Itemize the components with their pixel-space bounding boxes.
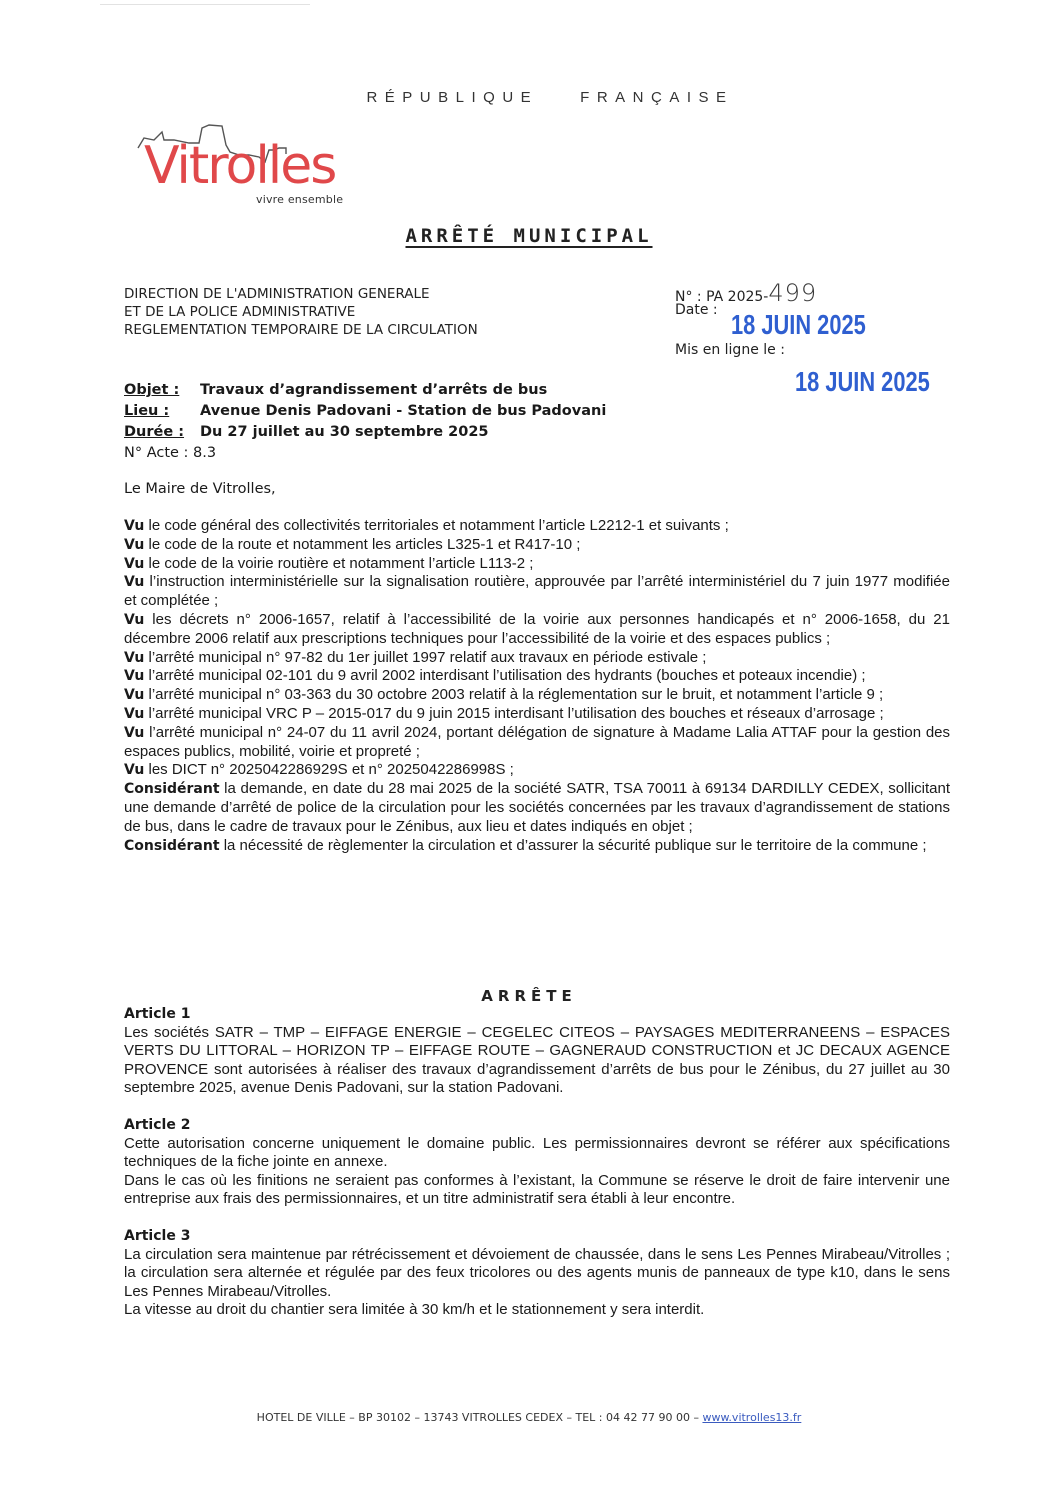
objet-label: Objet : bbox=[124, 380, 200, 401]
lieu-label: Lieu : bbox=[124, 401, 200, 422]
decision-heading: ARRÊTE bbox=[0, 987, 1058, 1005]
logo-wordmark: Vitrolles bbox=[144, 140, 335, 192]
scan-artifact-line bbox=[100, 4, 310, 5]
mayor-intro: Le Maire de Vitrolles, bbox=[124, 481, 276, 497]
online-date-label: Mis en ligne le : bbox=[675, 342, 785, 358]
date-stamp: 18 JUIN 2025 bbox=[731, 309, 866, 341]
visa-item: Vu le code de la voirie routière et nota… bbox=[124, 555, 950, 574]
visa-lead: Vu bbox=[124, 706, 144, 722]
objet-row: Objet :Travaux d’agrandissement d’arrêts… bbox=[124, 380, 606, 401]
visa-lead: Vu bbox=[124, 612, 144, 628]
footer-address: HOTEL DE VILLE – BP 30102 – 13743 VITROL… bbox=[0, 1411, 1058, 1424]
website-link[interactable]: www.vitrolles13.fr bbox=[702, 1411, 801, 1424]
visa-item: Vu le code général des collectivités ter… bbox=[124, 517, 950, 536]
logo-tagline: vivre ensemble bbox=[256, 193, 343, 206]
visa-item: Vu les DICT n° 2025042286929S et n° 2025… bbox=[124, 761, 950, 780]
visa-item: Vu l’arrêté municipal n° 24-07 du 11 avr… bbox=[124, 724, 950, 762]
visa-item: Vu l’arrêté municipal n° 97-82 du 1er ju… bbox=[124, 649, 950, 668]
republique-francaise-heading: RÉPUBLIQUEFRANÇAISE bbox=[0, 89, 1058, 106]
visa-item: Considérant la nécessité de règlementer … bbox=[124, 837, 950, 856]
date-label: Date : bbox=[675, 302, 718, 318]
article: Article 3La circulation sera maintenue p… bbox=[124, 1227, 950, 1320]
issuing-department: DIRECTION DE L'ADMINISTRATION GENERALE E… bbox=[124, 285, 478, 339]
visa-item: Considérant la demande, en date du 28 ma… bbox=[124, 780, 950, 836]
visa-item: Vu l’instruction interministérielle sur … bbox=[124, 573, 950, 611]
article-paragraph: Cette autorisation concerne uniquement l… bbox=[124, 1135, 950, 1172]
visa-lead: Vu bbox=[124, 650, 144, 666]
vitrolles-logo: Vitrolles vivre ensemble bbox=[134, 120, 374, 215]
articles-section: Article 1Les sociétés SATR – TMP – EIFFA… bbox=[124, 1005, 950, 1338]
department-line: ET DE LA POLICE ADMINISTRATIVE bbox=[124, 303, 478, 321]
article-paragraph: Les sociétés SATR – TMP – EIFFAGE ENERGI… bbox=[124, 1024, 950, 1098]
visa-lead: Considérant bbox=[124, 838, 220, 854]
visa-item: Vu le code de la route et notamment les … bbox=[124, 536, 950, 555]
duree-value: Du 27 juillet au 30 septembre 2025 bbox=[200, 422, 489, 443]
article-title: Article 1 bbox=[124, 1005, 950, 1024]
visa-lead: Vu bbox=[124, 668, 144, 684]
online-date-stamp: 18 JUIN 2025 bbox=[795, 366, 930, 398]
visa-lead: Vu bbox=[124, 574, 144, 590]
visa-lead: Vu bbox=[124, 762, 144, 778]
duree-row: Durée :Du 27 juillet au 30 septembre 202… bbox=[124, 422, 606, 443]
article: Article 1Les sociétés SATR – TMP – EIFFA… bbox=[124, 1005, 950, 1098]
duree-label: Durée : bbox=[124, 422, 200, 443]
article-title: Article 2 bbox=[124, 1116, 950, 1135]
republique-word: RÉPUBLIQUE bbox=[324, 89, 538, 106]
visa-lead: Vu bbox=[124, 518, 144, 534]
lieu-value: Avenue Denis Padovani - Station de bus P… bbox=[200, 401, 606, 422]
department-line: DIRECTION DE L'ADMINISTRATION GENERALE bbox=[124, 285, 478, 303]
article-title: Article 3 bbox=[124, 1227, 950, 1246]
visa-item: Vu l’arrêté municipal VRC P – 2015-017 d… bbox=[124, 705, 950, 724]
arrete-metadata: Objet :Travaux d’agrandissement d’arrêts… bbox=[124, 380, 606, 464]
article-paragraph: Dans le cas où les finitions ne seraient… bbox=[124, 1172, 950, 1209]
visa-lead: Vu bbox=[124, 725, 144, 741]
reference-number-handwritten: 499 bbox=[768, 279, 817, 307]
visa-item: Vu les décrets n° 2006-1657, relatif à l… bbox=[124, 611, 950, 649]
visa-lead: Considérant bbox=[124, 781, 220, 797]
article-paragraph: La circulation sera maintenue par rétréc… bbox=[124, 1246, 950, 1302]
lieu-row: Lieu :Avenue Denis Padovani - Station de… bbox=[124, 401, 606, 422]
visas-section: Vu le code général des collectivités ter… bbox=[124, 517, 950, 855]
visa-lead: Vu bbox=[124, 687, 144, 703]
acte-number: N° Acte : 8.3 bbox=[124, 443, 606, 464]
article-paragraph: La vitesse au droit du chantier sera lim… bbox=[124, 1301, 950, 1320]
document-title: ARRÊTÉ MUNICIPAL bbox=[0, 225, 1058, 247]
visa-lead: Vu bbox=[124, 537, 144, 553]
article: Article 2Cette autorisation concerne uni… bbox=[124, 1116, 950, 1209]
visa-item: Vu l’arrêté municipal 02-101 du 9 avril … bbox=[124, 667, 950, 686]
footer-address-text: HOTEL DE VILLE – BP 30102 – 13743 VITROL… bbox=[257, 1411, 703, 1424]
document-title-text: ARRÊTÉ MUNICIPAL bbox=[405, 225, 652, 247]
objet-value: Travaux d’agrandissement d’arrêts de bus bbox=[200, 380, 547, 401]
visa-item: Vu l’arrêté municipal n° 03-363 du 30 oc… bbox=[124, 686, 950, 705]
department-line: REGLEMENTATION TEMPORAIRE DE LA CIRCULAT… bbox=[124, 321, 478, 339]
francaise-word: FRANÇAISE bbox=[538, 89, 733, 106]
visa-lead: Vu bbox=[124, 556, 144, 572]
